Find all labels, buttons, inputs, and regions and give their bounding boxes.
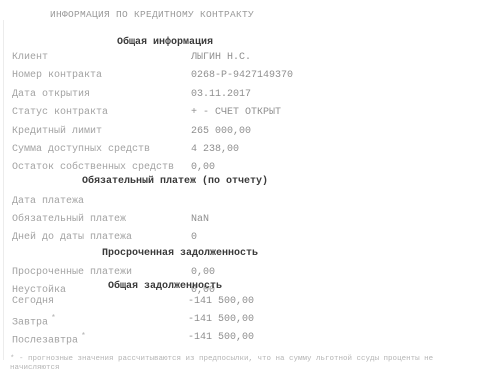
label: Номер контракта [12, 70, 102, 81]
label: Дней до даты платежа [12, 232, 132, 243]
value: 0268-P-9427149370 [191, 70, 293, 81]
value: -141 500,00 [188, 314, 254, 325]
value: NaN [191, 214, 209, 225]
label: Остаток собственных средств [12, 162, 174, 173]
row-contract-number: Номер контракта 0268-P-9427149370 [12, 70, 332, 86]
value: + - СЧЕТ ОТКРЫТ [191, 107, 281, 118]
label: Просроченные платежи [12, 267, 132, 278]
label: Завтра* [12, 314, 56, 328]
row-client: Клиент ЛЫГИН Н.С. [12, 52, 332, 68]
label: Статус контракта [12, 107, 108, 118]
row-day-after-tomorrow: Послезавтра* -141 500,00 [12, 332, 332, 348]
label: Обязательный платеж [12, 214, 126, 225]
row-available-funds: Сумма доступных средств 4 238,00 [12, 144, 332, 160]
value: 0 [191, 232, 197, 243]
value: 03.11.2017 [191, 89, 251, 100]
label: Клиент [12, 52, 48, 63]
row-days-until-payment: Дней до даты платежа 0 [12, 232, 332, 248]
section-heading-mandatory-payment: Обязательный платеж (по отчету) [10, 176, 340, 187]
label: Дата платежа [12, 196, 84, 207]
label: Послезавтра* [12, 332, 86, 346]
section-heading-overdue: Просроченная задолженность [15, 248, 345, 259]
value: 0,00 [191, 162, 215, 173]
label: Сумма доступных средств [12, 144, 150, 155]
label: Дата открытия [12, 89, 90, 100]
document-title: ИНФОРМАЦИЯ ПО КРЕДИТНОМУ КОНТРАКТУ [50, 9, 254, 20]
label: Кредитный лимит [12, 126, 102, 137]
footnote: * - прогнозные значения рассчитываются и… [10, 355, 440, 373]
row-payment-date: Дата платежа [12, 196, 332, 212]
row-mandatory-payment: Обязательный платеж NaN [12, 214, 332, 230]
row-open-date: Дата открытия 03.11.2017 [12, 89, 332, 105]
value: 4 238,00 [191, 144, 239, 155]
row-contract-status: Статус контракта + - СЧЕТ ОТКРЫТ [12, 107, 332, 123]
asterisk-marker: * [81, 332, 86, 341]
page-edge-line [3, 20, 4, 360]
value: -141 500,00 [188, 332, 254, 343]
row-today: Сегодня -141 500,00 [12, 296, 332, 312]
section-heading-general: Общая информация [0, 37, 330, 48]
row-tomorrow: Завтра* -141 500,00 [12, 314, 332, 330]
section-heading-total-debt: Общая задолженность [0, 281, 330, 292]
value: 265 000,00 [191, 126, 251, 137]
asterisk-marker: * [51, 314, 56, 323]
value: -141 500,00 [188, 296, 254, 307]
label: Сегодня [12, 296, 54, 307]
value: 0,00 [191, 267, 215, 278]
value: ЛЫГИН Н.С. [191, 52, 251, 63]
row-credit-limit: Кредитный лимит 265 000,00 [12, 126, 332, 142]
